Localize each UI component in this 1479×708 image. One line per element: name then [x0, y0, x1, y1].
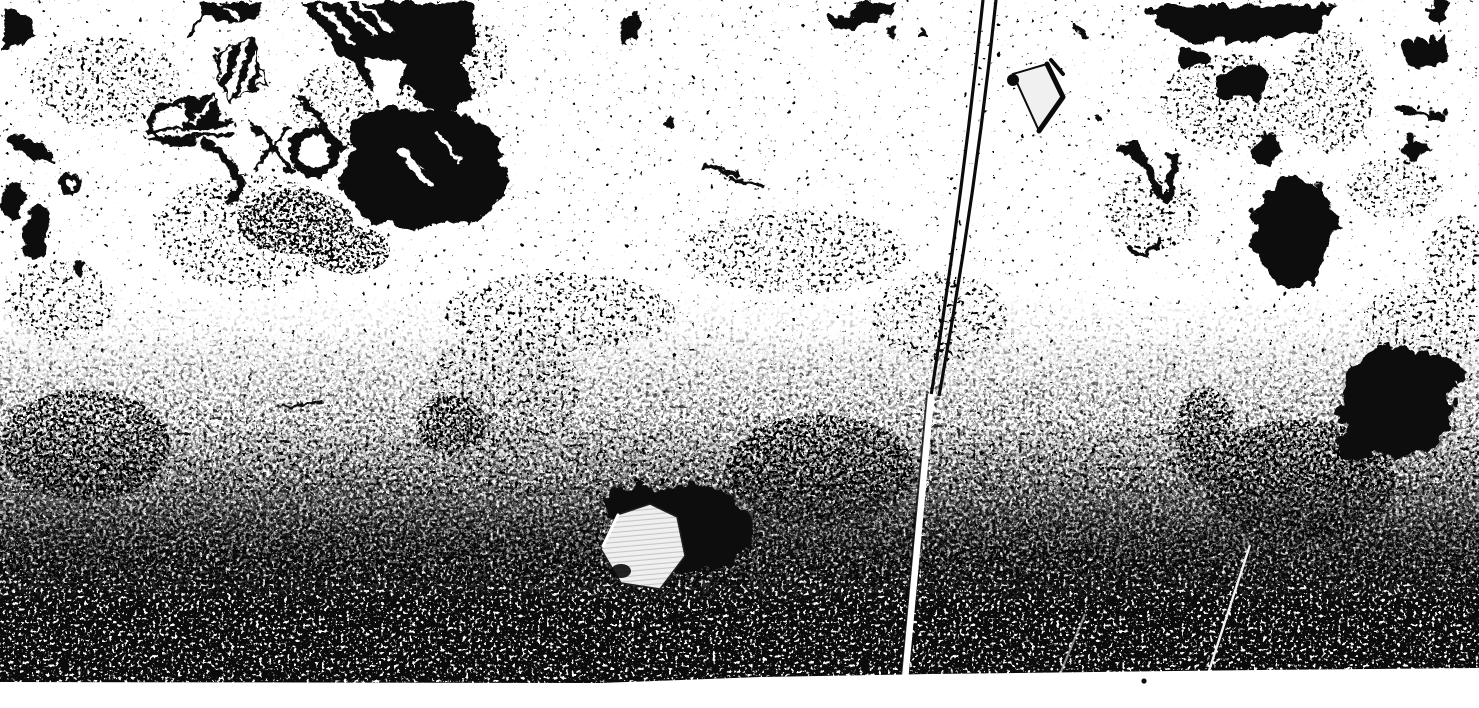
scanned-photo: [0, 0, 1479, 708]
paper-speck: [1141, 678, 1146, 683]
wheel-ring: [290, 128, 332, 170]
grass-band: [0, 295, 1479, 690]
ring-debris: [59, 173, 75, 189]
debris-mass: [338, 104, 505, 227]
debris-lump: [412, 59, 470, 109]
